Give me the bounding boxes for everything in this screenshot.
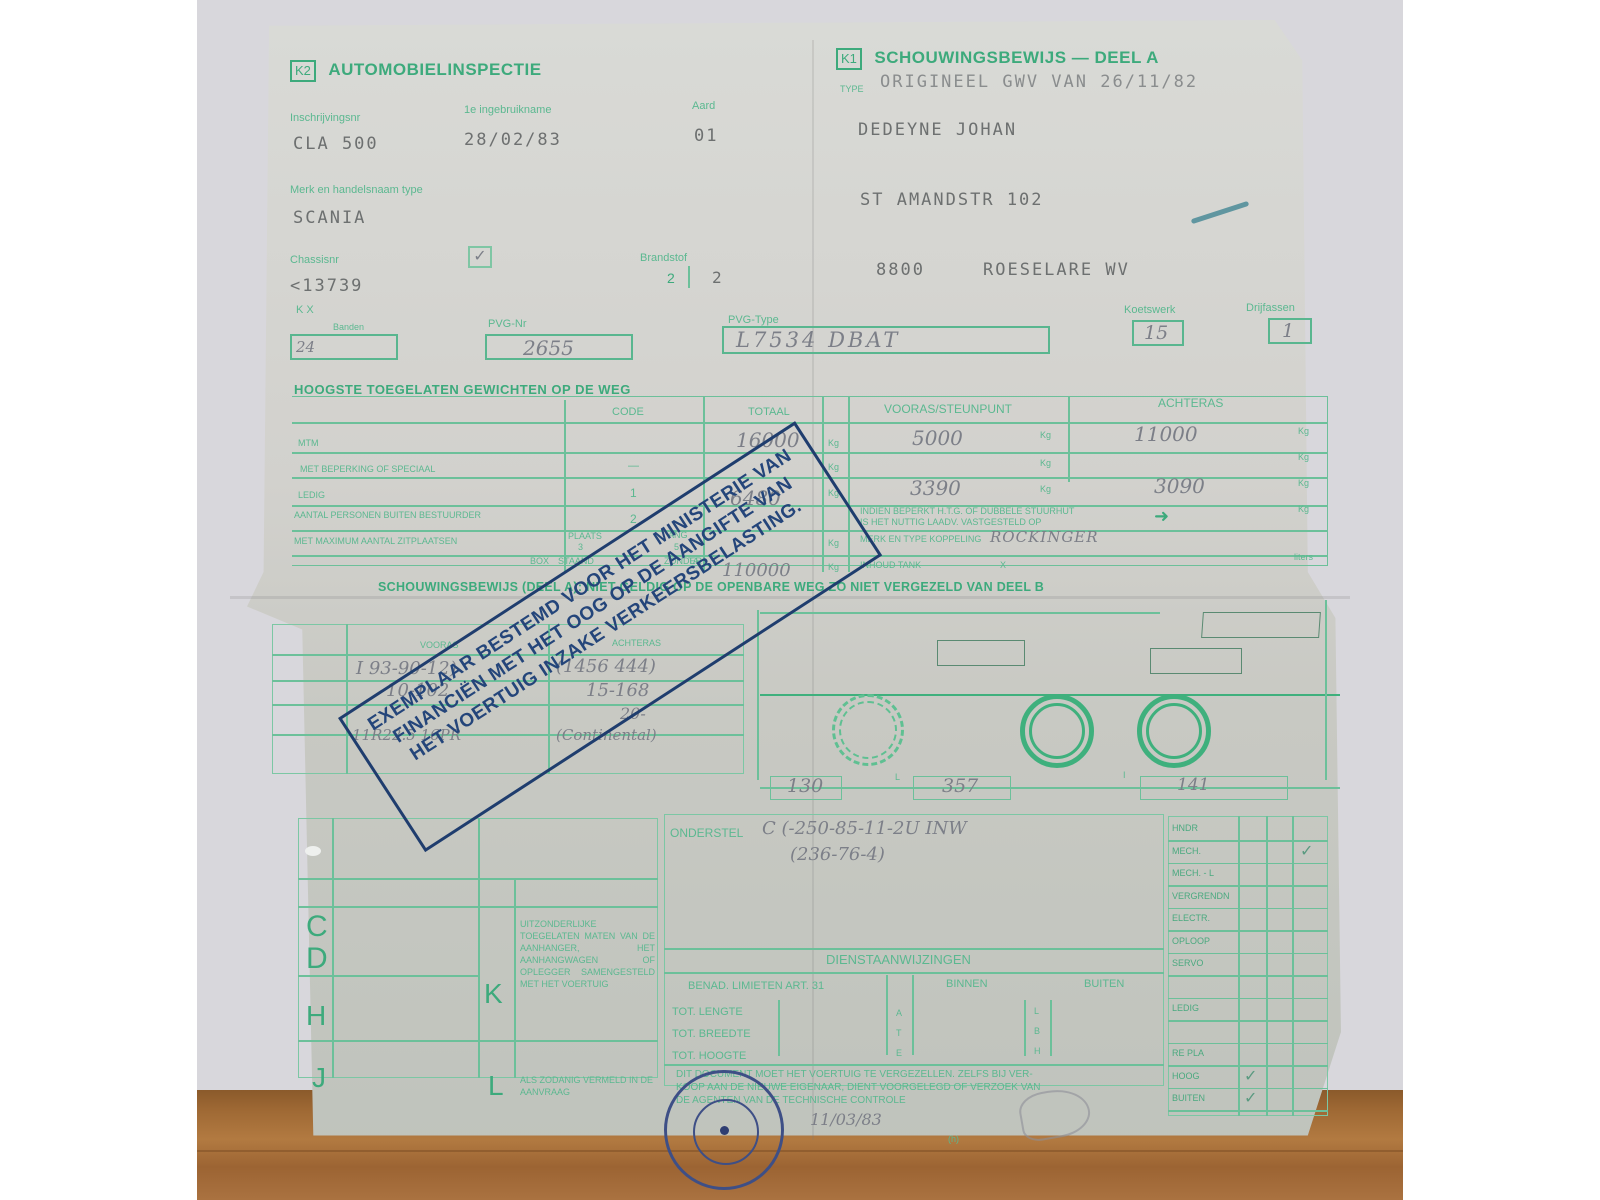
dim-front-box: 130: [770, 776, 842, 800]
checklist-item: HNDR: [1172, 823, 1198, 833]
limits-label: BENAD. LIMIETEN ART. 31: [688, 980, 824, 992]
inspection-date: 11/03/83: [810, 1110, 882, 1129]
fuel-label: Brandstof: [640, 252, 687, 264]
dimension-box: [1201, 612, 1321, 638]
checkbox[interactable]: ✓: [468, 246, 492, 268]
checklist-item: SERVO: [1172, 958, 1203, 968]
make-value: SCANIA: [293, 208, 366, 228]
weights-row-label: AANTAL PERSONEN BUITEN BESTUURDER: [294, 510, 559, 520]
dimension-box: [1150, 648, 1242, 674]
koetswerk-field: 15: [1132, 320, 1184, 346]
first-registration-value: 28/02/83: [464, 130, 562, 150]
front-wheel-icon: [832, 694, 904, 766]
drijfassen-label: Drijfassen: [1246, 302, 1295, 314]
chassis-panel: [664, 814, 1164, 1086]
arrow-right-icon: ➜: [1154, 506, 1169, 527]
limit-row-height: TOT. HOOGTE: [672, 1050, 746, 1062]
first-registration-label: 1e ingebruikname: [464, 104, 551, 116]
aard-label: Aard: [692, 100, 715, 112]
punch-hole: [305, 846, 321, 856]
coupling-value: ROCKINGER: [990, 528, 1099, 546]
rear-wheel-1-icon: [1020, 694, 1094, 768]
checkmark-icon: ✓: [473, 248, 486, 265]
limit-row-length: TOT. LENGTE: [672, 1006, 743, 1018]
right-code-box: K1: [836, 48, 862, 70]
make-label: Merk en handelsnaam type: [290, 184, 423, 196]
plaats-label: PLAATS: [568, 531, 602, 541]
pvg-nr-label: PVG-Nr: [488, 318, 527, 330]
left-header-title: AUTOMOBIELINSPECTIE: [328, 60, 541, 79]
weights-row-label: MET MAXIMUM AANTAL ZITPLAATSEN: [294, 536, 457, 546]
weights-row-label: MTM: [298, 438, 319, 448]
service-instructions-title: DIENSTAANWIJZINGEN: [826, 952, 971, 967]
limit-row-width: TOT. BREEDTE: [672, 1028, 751, 1040]
checklist-item: HOOG: [1172, 1071, 1200, 1081]
checkmark-icon: ✓: [1244, 1066, 1257, 1086]
rear-wheel-2-icon: [1137, 694, 1211, 768]
col-code-header: CODE: [612, 406, 644, 418]
weights-rear-empty: 3090: [1154, 474, 1205, 498]
chassis-number-label: Chassisnr: [290, 254, 339, 266]
banden-field: 24: [290, 334, 398, 360]
weights-front-mtm: 5000: [912, 426, 963, 450]
code-letter-l: L: [488, 1070, 504, 1102]
code-letter-d: D: [306, 942, 328, 976]
dim-front-value: 130: [787, 775, 823, 797]
checklist-item: BUITEN: [1172, 1093, 1205, 1103]
code-l-text: ALS ZODANIG VERMELD IN DE AANVRAAG: [520, 1074, 655, 1098]
weights-row-label: MET BEPERKING OF SPECIAAL: [300, 464, 435, 474]
fuel-value-a: 2: [667, 270, 675, 286]
pvg-type-label: PVG-Type: [728, 314, 779, 326]
chassis-label: ONDERSTEL: [670, 826, 743, 840]
code-letter-h: H: [306, 1000, 326, 1032]
code-letter-c: C: [306, 910, 328, 944]
code-letter-k: K: [484, 978, 503, 1010]
chassis-number-value: <13739: [290, 276, 363, 296]
left-code-box: K2: [290, 60, 316, 82]
dim-rear-box: 141: [1140, 776, 1288, 800]
checklist-item: ELECTR.: [1172, 913, 1210, 923]
banden-value: 24: [296, 338, 315, 356]
chassis-value-line2: (236-76-4): [790, 844, 885, 865]
col-front-header: VOORAS/STEUNPUNT: [884, 402, 1012, 416]
pvg-type-value: L7534 DBAT: [736, 328, 900, 352]
aard-value: 01: [694, 126, 718, 146]
chassis-value-line1: C (-250-85-11-2U INW: [762, 818, 967, 839]
owner-city: ROESELARE WV: [983, 260, 1130, 280]
dim-rear-value: 141: [1177, 775, 1209, 795]
checklist-item: LEDIG: [1172, 1003, 1199, 1013]
weights-rear-mtm: 11000: [1134, 422, 1198, 446]
checklist-item: VERGRENDN: [1172, 891, 1230, 901]
checkmark-icon: ✓: [1244, 1088, 1257, 1108]
drijfassen-field: 1: [1268, 318, 1312, 344]
checklist-item: OPLOOP: [1172, 936, 1210, 946]
plate-value: CLA 500: [293, 134, 379, 154]
owner-name: DEDEYNE JOHAN: [858, 120, 1017, 140]
checklist-item: MECH. - L: [1172, 868, 1214, 878]
left-header: K2 AUTOMOBIELINSPECTIE: [290, 60, 542, 82]
right-header-title: SCHOUWINGSBEWIJS — DEEL A: [874, 48, 1159, 67]
fuel-value-b: 2: [712, 268, 724, 287]
right-header: K1 SCHOUWINGSBEWIJS — DEEL A: [836, 48, 1159, 70]
dim-middle-value: 357: [942, 775, 978, 797]
restricted-note-line2: IS HET NUTTIG LAADV. VASTGESTELD OP: [860, 517, 1041, 527]
koetswerk-value: 15: [1144, 322, 1168, 344]
dimension-box: [937, 640, 1025, 666]
checklist-item: RE PLA: [1172, 1048, 1204, 1058]
pvg-type-field: L7534 DBAT: [722, 326, 1050, 354]
checklist-item: MECH.: [1172, 846, 1201, 856]
weights-row-label: LEDIG: [298, 490, 325, 500]
round-official-stamp: [664, 1070, 784, 1190]
owner-street: ST AMANDSTR 102: [860, 190, 1044, 210]
coupling-label: MERK EN TYPE KOPPELING: [860, 534, 981, 544]
plate-label: Inschrijvingsnr: [290, 112, 360, 124]
owner-postcode: 8800: [876, 260, 925, 280]
code-letter-j: J: [312, 1062, 326, 1094]
kx-label: K X: [296, 304, 314, 316]
type-label: TYPE: [840, 84, 864, 94]
drijfassen-value: 1: [1282, 320, 1294, 342]
dim-middle-box: 357: [913, 776, 1011, 800]
pvg-nr-value: 2655: [523, 336, 574, 360]
col-total-header: TOTAAL: [748, 406, 790, 418]
pvg-nr-field: 2655: [485, 334, 633, 360]
inside-label: BINNEN: [946, 978, 988, 990]
outside-label: BUITEN: [1084, 978, 1124, 990]
weights-section-title: HOOGSTE TOEGELATEN GEWICHTEN OP DE WEG: [294, 382, 631, 397]
koetswerk-label: Koetswerk: [1124, 304, 1175, 316]
code-k-text: UITZONDERLIJKE TOEGELATEN MATEN VAN DE A…: [520, 918, 655, 990]
weights-front-empty: 3390: [910, 476, 961, 500]
restricted-note-line1: INDIEN BEPERKT H.T.G. OF DUBBELE STUURHU…: [860, 506, 1074, 516]
type-value: ORIGINEEL GWV VAN 26/11/82: [880, 72, 1198, 92]
checkmark-icon: ✓: [1300, 841, 1313, 861]
col-rear-header: ACHTERAS: [1158, 396, 1223, 410]
banden-label: Banden: [333, 322, 364, 332]
